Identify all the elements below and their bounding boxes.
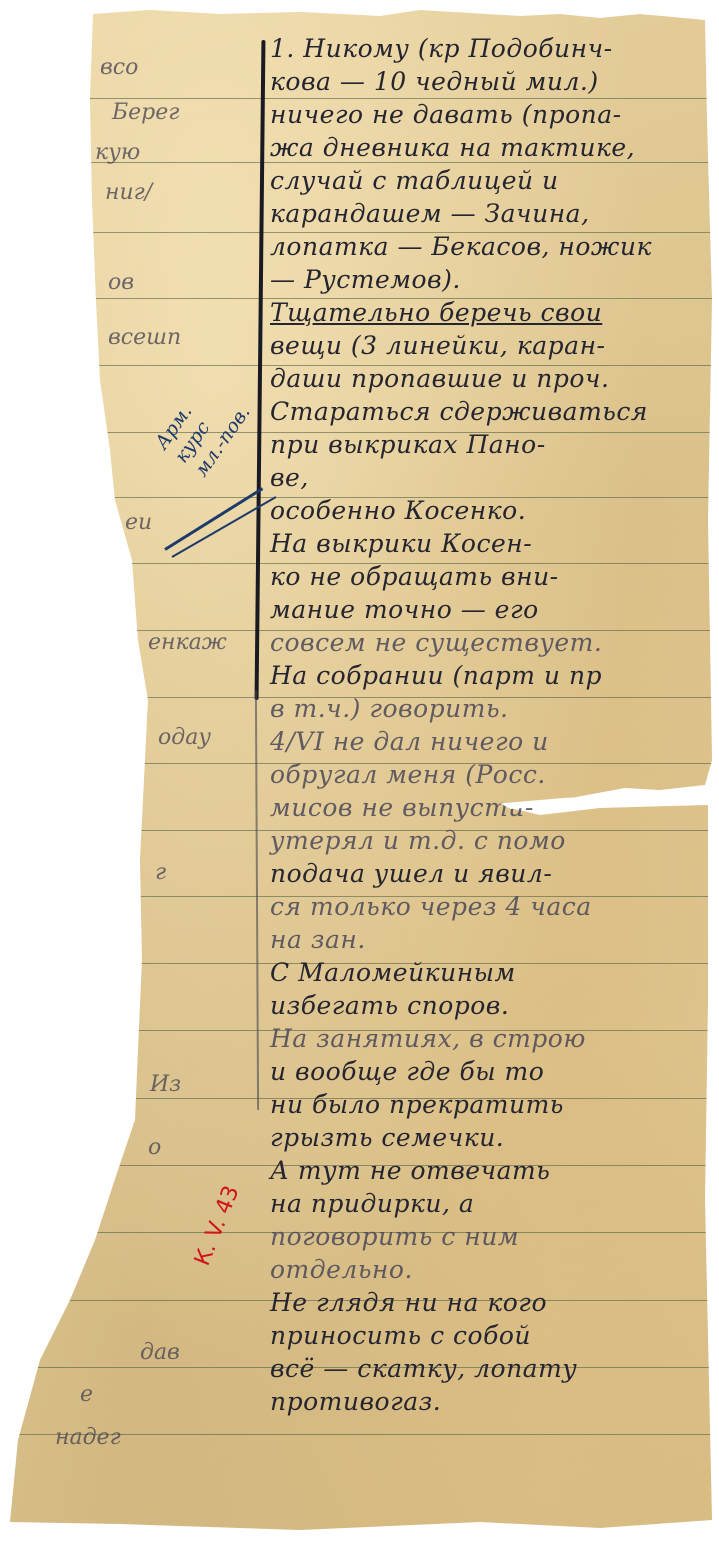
main-handwritten-text: 1. Никому (кр Подобинч-кова — 10 чедный … [270,32,710,1418]
margin-note: г [155,860,166,885]
margin-note: ов [108,270,134,295]
text-line: всё — скатку, лопату [270,1352,710,1385]
margin-note: одау [158,725,211,750]
text-line: С Маломейкиным [270,956,710,989]
text-line: На собрании (парт и пр [270,659,710,692]
text-line: ничего не давать (пропа- [270,98,710,131]
text-line: подача ушел и явил- [270,857,710,890]
text-line: на придирки, а [270,1187,710,1220]
text-line: совсем не существует. [270,626,710,659]
text-line: противогаз. [270,1385,710,1418]
margin-note: Из [150,1072,181,1097]
margin-note: еи [125,510,152,535]
text-line: отдельно. [270,1253,710,1286]
margin-note: дав [140,1340,180,1365]
text-line: приносить с собой [270,1319,710,1352]
text-line: поговорить с ним [270,1220,710,1253]
text-line: жа дневника на тактике, [270,131,710,164]
text-line: Тщательно беречь свои [270,296,710,329]
text-line: ко не обращать вни- [270,560,710,593]
text-line: при выкриках Пано- [270,428,710,461]
text-line: ни было прекратить [270,1088,710,1121]
text-line: особенно Косенко. [270,494,710,527]
margin-note: е [80,1382,93,1407]
text-line: ве, [270,461,710,494]
margin-note: надег [55,1425,121,1450]
text-line: лопатка — Бекасов, ножик [270,230,710,263]
text-line: ся только через 4 часа [270,890,710,923]
text-line: в т.ч.) говорить. [270,692,710,725]
text-line: кова — 10 чедный мил.) [270,65,710,98]
text-line: обругал меня (Росс. [270,758,710,791]
text-line: Не глядя ни на кого [270,1286,710,1319]
margin-note: кую [95,140,140,165]
text-line: избегать споров. [270,989,710,1022]
text-line: На выкрики Косен- [270,527,710,560]
text-line: вещи (3 линейки, каран- [270,329,710,362]
text-line: даши пропавшие и проч. [270,362,710,395]
text-line: утерял и т.д. с помо [270,824,710,857]
text-line: и вообще где бы то [270,1055,710,1088]
text-line: А тут не отвечать [270,1154,710,1187]
text-line: на зан. [270,923,710,956]
text-line: мисов не выпусти- [270,791,710,824]
text-line: 4/VI не дал ничего и [270,725,710,758]
text-line: мание точно — его [270,593,710,626]
margin-note: енкаж [148,630,227,655]
text-line: — Рустемов). [270,263,710,296]
text-line: случай с таблицей и [270,164,710,197]
margin-note: всо [100,55,138,80]
text-line: карандашем — Зачина, [270,197,710,230]
text-line: На занятиях, в строю [270,1022,710,1055]
margin-note: Берег [112,100,179,125]
text-line: 1. Никому (кр Подобинч- [270,32,710,65]
margin-note: ниг/ [105,180,152,205]
margin-note: всешп [108,325,181,350]
text-line: Стараться сдерживаться [270,395,710,428]
text-line: грызть семечки. [270,1121,710,1154]
margin-note: о [148,1135,161,1160]
